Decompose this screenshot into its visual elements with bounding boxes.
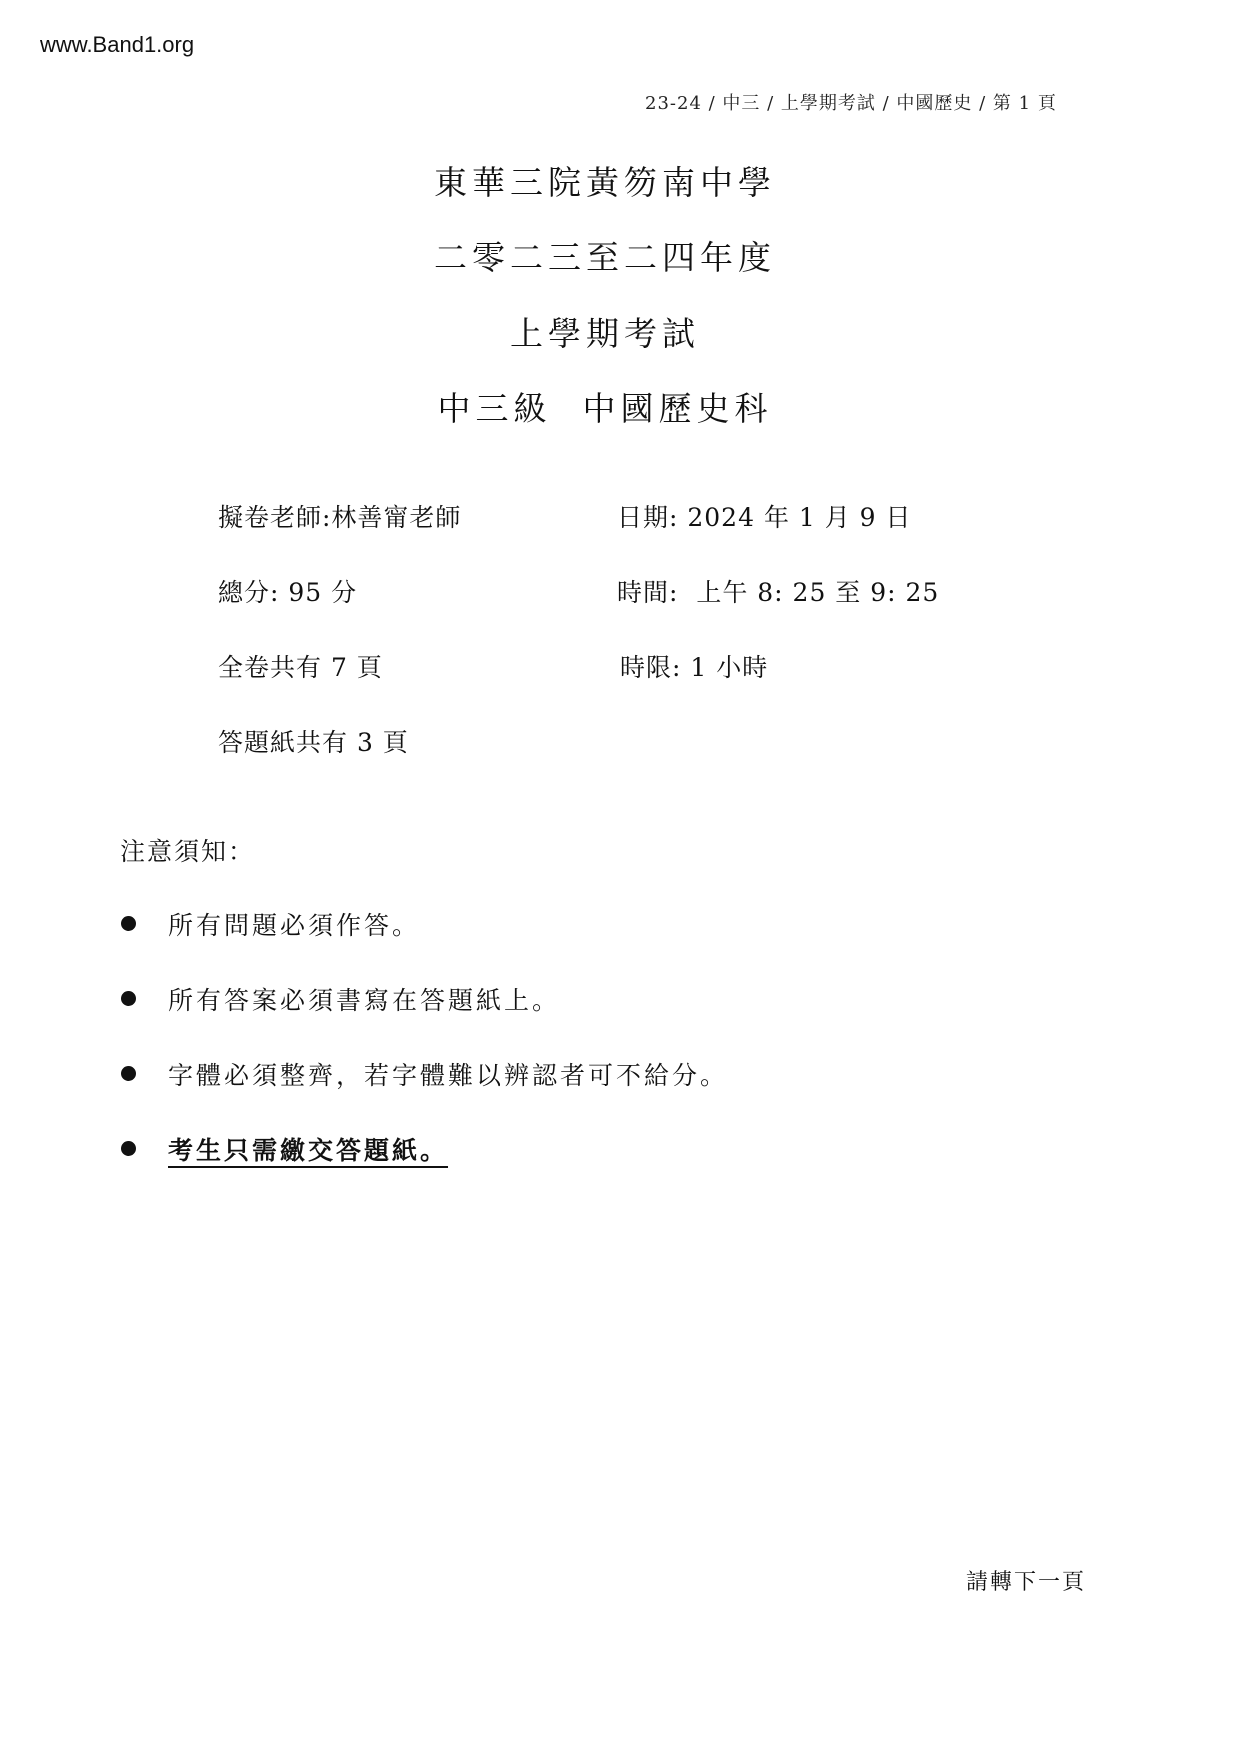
time-info: 時間: 上午 8: 25 至 9: 25	[617, 573, 939, 609]
bullet-icon	[121, 1141, 136, 1156]
bullet-icon	[121, 991, 136, 1006]
subject-title: 中三級 中國歷史科	[0, 383, 1210, 430]
notice-item: 所有答案必須書寫在答題紙上。	[168, 981, 560, 1017]
exam-name: 上學期考試	[0, 308, 1210, 355]
academic-year: 二零二三至二四年度	[0, 232, 1210, 279]
duration-info: 時限: 1 小時	[620, 648, 768, 684]
site-watermark: www.Band1.org	[40, 32, 194, 58]
running-header: 23-24 / 中三 / 上學期考試 / 中國歷史 / 第 1 頁	[645, 89, 1057, 115]
date-info: 日期: 2024 年 1 月 9 日	[617, 498, 912, 534]
school-name: 東華三院黃笏南中學	[0, 157, 1210, 204]
turn-page-note: 請轉下一頁	[966, 1565, 1086, 1596]
notice-item: 所有問題必須作答。	[168, 906, 420, 942]
bullet-icon	[121, 916, 136, 931]
notice-title: 注意須知：	[120, 832, 255, 868]
paper-pages-info: 全卷共有 7 頁	[218, 648, 383, 684]
total-marks-info: 總分: 95 分	[218, 573, 357, 609]
notice-item: 字體必須整齊，若字體難以辨認者可不給分。	[168, 1056, 728, 1092]
notice-item-emphasized: 考生只需繳交答題紙。	[168, 1131, 448, 1167]
bullet-icon	[121, 1066, 136, 1081]
setter-info: 擬卷老師:林善甯老師	[218, 498, 461, 534]
answer-pages-info: 答題紙共有 3 頁	[218, 723, 409, 759]
